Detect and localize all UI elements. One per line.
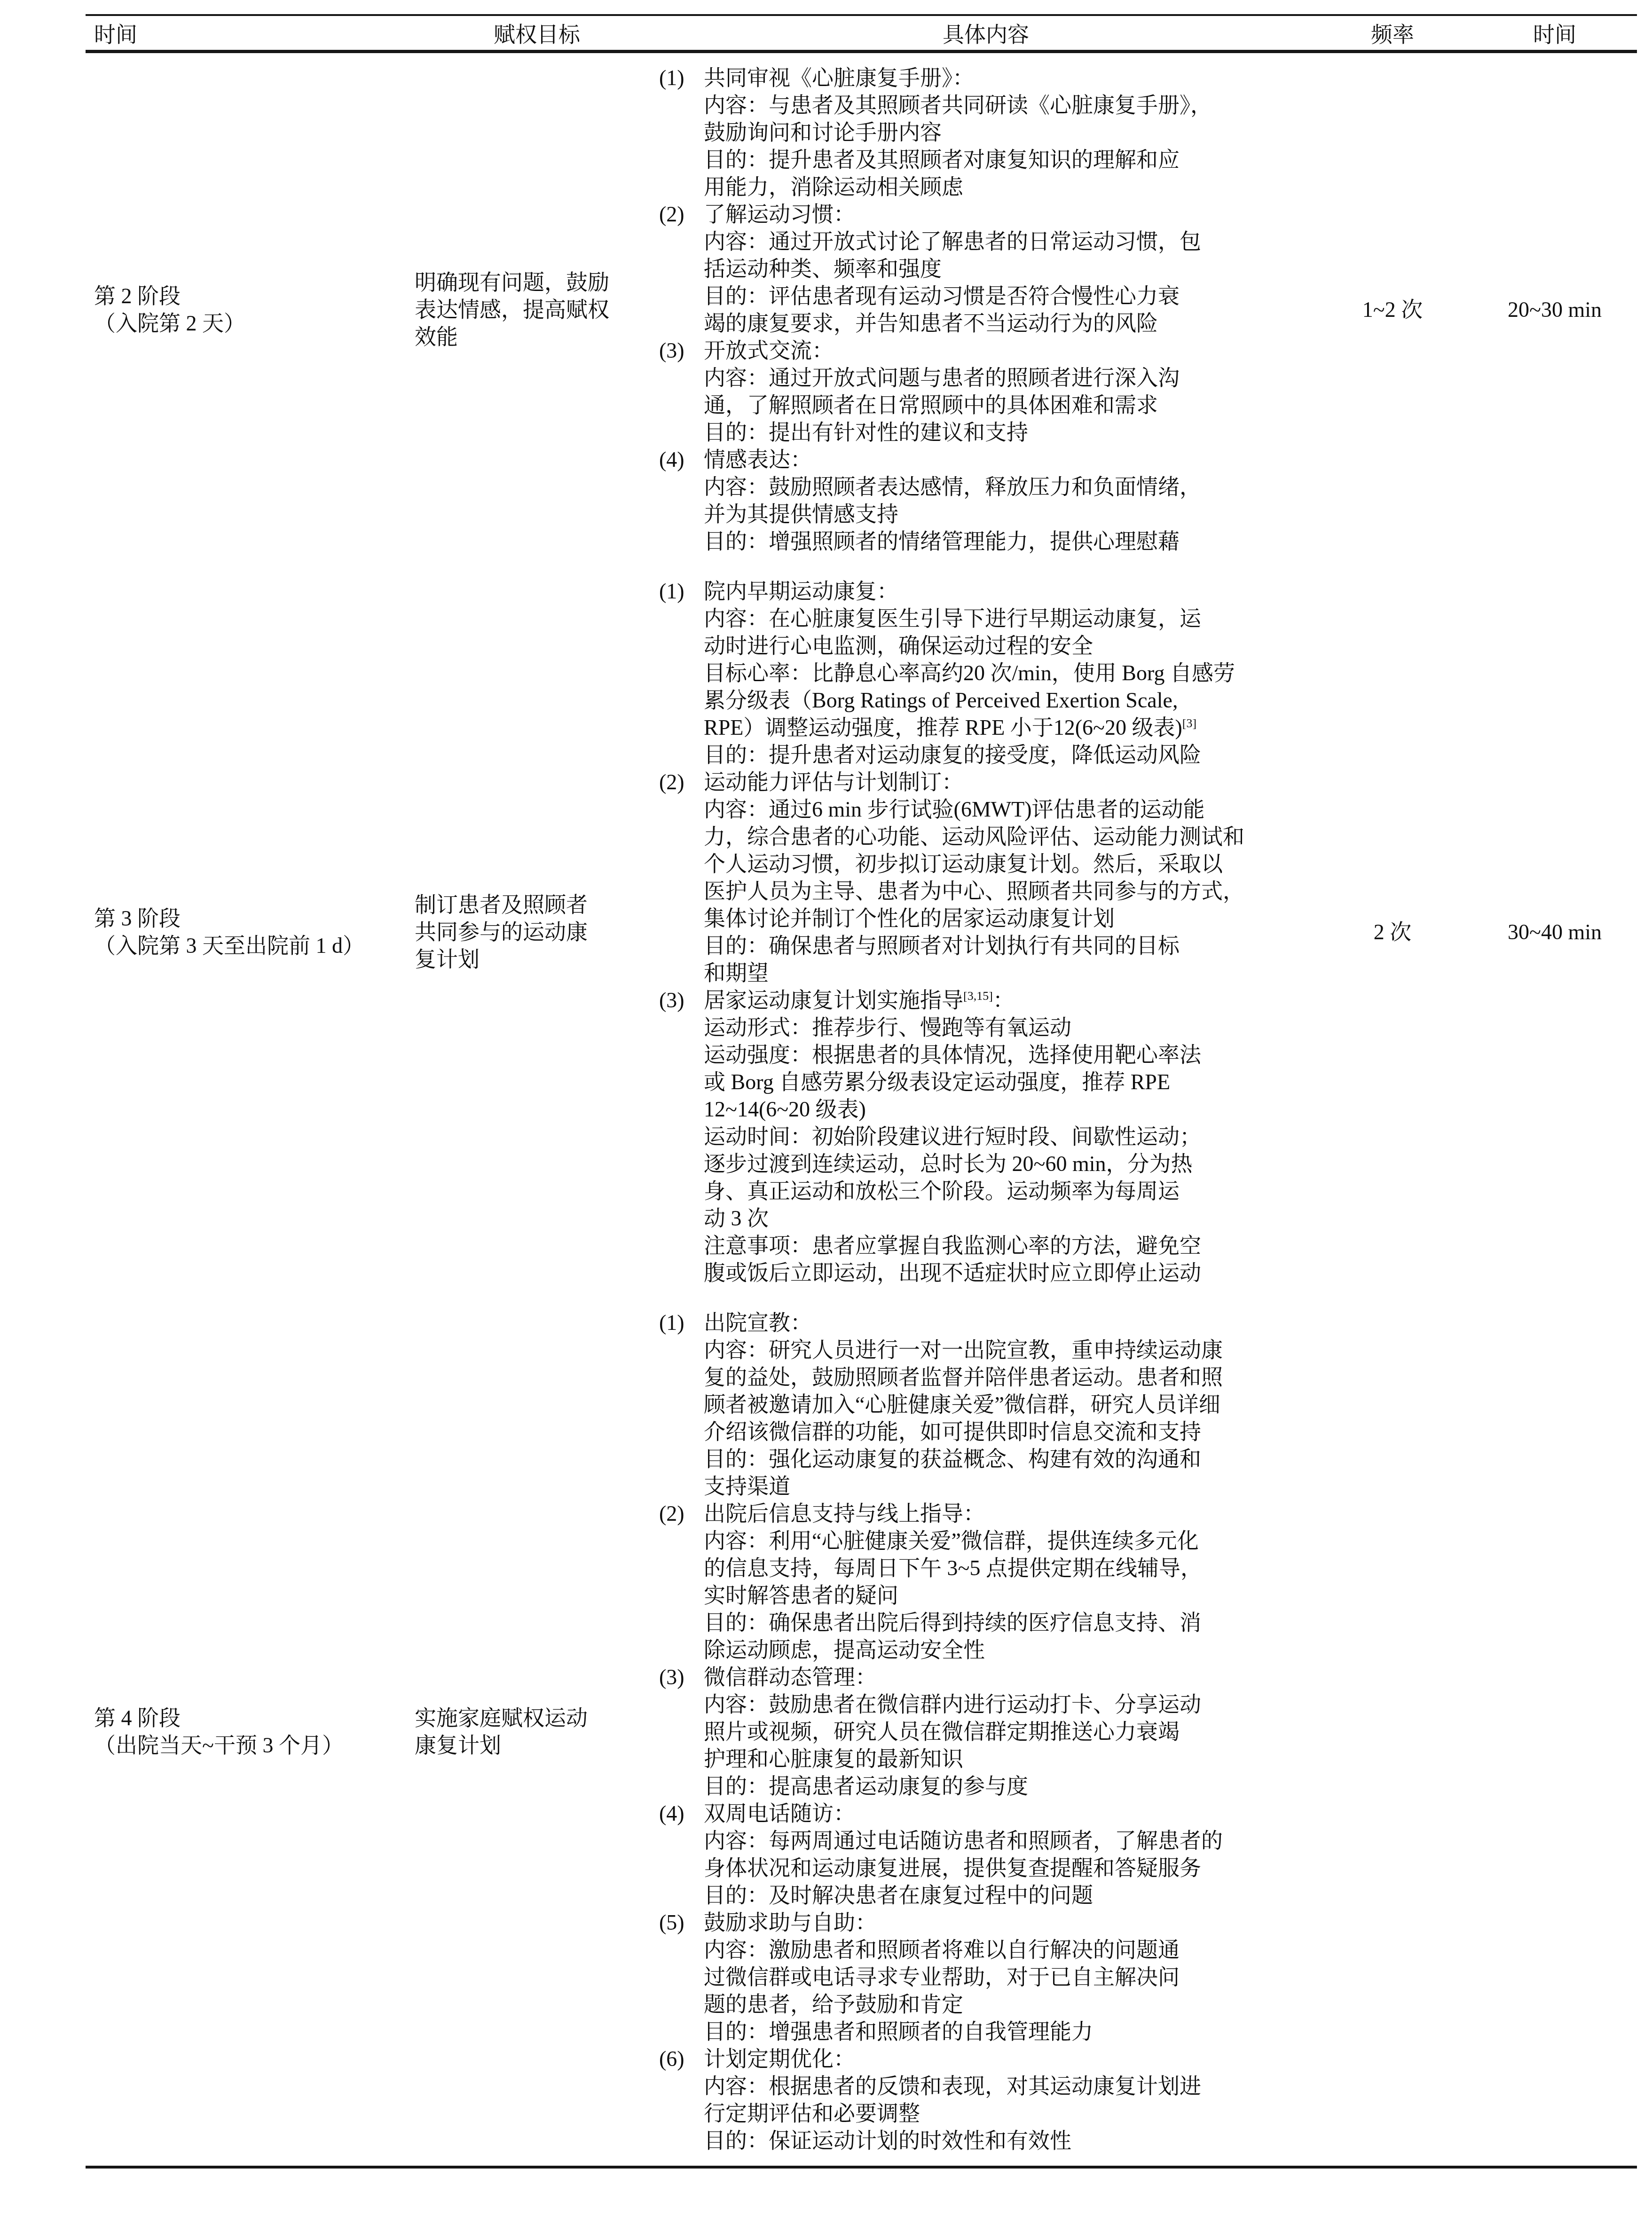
content-detail-line: 支持渠道 [659, 1473, 1313, 1500]
content-item-line: (4)情感表达： [659, 446, 1313, 473]
item-number: (1) [659, 1309, 704, 1336]
content-detail-line: 身、真正运动和放松三个阶段。运动频率为每周运 [659, 1178, 1313, 1205]
goal-line: 表达情感，提高赋权 [415, 296, 659, 323]
content-item-line: (2)出院后信息支持与线上指导： [659, 1500, 1313, 1527]
stage-line: （入院第 2 天） [94, 310, 415, 337]
content-detail-line: 累分级表（Borg Ratings of Perceived Exertion … [659, 687, 1313, 714]
content-detail-line: 竭的康复要求，并告知患者不当运动行为的风险 [659, 310, 1313, 337]
content-detail-line: 内容：通过开放式问题与患者的照顾者进行深入沟 [659, 364, 1313, 392]
stage-cell: 第 4 阶段（出院当天~干预 3 个月） [86, 1309, 415, 2154]
content-cell: (1)出院宣教：内容：研究人员进行一对一出院宣教，重申持续运动康复的益处，鼓励照… [659, 1309, 1313, 2154]
duration-cell [1472, 1309, 1637, 2154]
content-detail-line: 目的：提升患者及其照顾者对康复知识的理解和应 [659, 146, 1313, 173]
goal-line: 共同参与的运动康 [415, 919, 659, 946]
item-number: (3) [659, 337, 704, 364]
content-detail-line: 目的：强化运动康复的获益概念、构建有效的沟通和 [659, 1446, 1313, 1473]
item-number: (3) [659, 987, 704, 1014]
content-item-line: (2)运动能力评估与计划制订： [659, 769, 1313, 796]
item-number: (2) [659, 1500, 704, 1527]
item-number: (5) [659, 1909, 704, 1936]
content-detail-line: 照片或视频，研究人员在微信群定期推送心力衰竭 [659, 1718, 1313, 1745]
content-detail-line: 过微信群或电话寻求专业帮助，对于已自主解决问 [659, 1964, 1313, 1991]
stage-line: 第 3 阶段 [94, 905, 415, 932]
content-item-line: (5)鼓励求助与自助： [659, 1909, 1313, 1936]
content-detail-line: 集体讨论并制订个性化的居家运动康复计划 [659, 905, 1313, 932]
goal-cell: 制订患者及照顾者共同参与的运动康复计划 [415, 578, 659, 1287]
goal-line: 复计划 [415, 946, 659, 973]
content-detail-line: 内容：根据患者的反馈和表现，对其运动康复计划进 [659, 2073, 1313, 2100]
table-header-row: 时间 赋权目标 具体内容 频率 时间 [86, 16, 1637, 50]
content-detail-line: 目的：提出有针对性的建议和支持 [659, 419, 1313, 446]
header-cell-time-stage: 时间 [86, 17, 415, 48]
content-detail-line: 目的：增强照顾者的情绪管理能力，提供心理慰藉 [659, 528, 1313, 555]
stage-cell: 第 3 阶段（入院第 3 天至出院前 1 d） [86, 578, 415, 1287]
content-detail-line: 内容：每两周通过电话随访患者和照顾者，了解患者的 [659, 1827, 1313, 1855]
content-detail-line: 动时进行心电监测，确保运动过程的安全 [659, 632, 1313, 660]
content-item-line: (2)了解运动习惯： [659, 201, 1313, 228]
content-cell: (1)院内早期运动康复：内容：在心脏康复医生引导下进行早期运动康复，运动时进行心… [659, 578, 1313, 1287]
item-number: (4) [659, 446, 704, 473]
content-detail-line: 目的：提升患者对运动康复的接受度，降低运动风险 [659, 741, 1313, 769]
content-detail-line: RPE）调整运动强度，推荐 RPE 小于12(6~20 级表)[3] [659, 714, 1313, 741]
content-detail-line: 身体状况和运动康复进展，提供复查提醒和答疑服务 [659, 1855, 1313, 1882]
goal-line: 效能 [415, 323, 659, 351]
content-detail-line: 目的：提高患者运动康复的参与度 [659, 1773, 1313, 1800]
content-detail-line: 除运动顾虑，提高运动安全性 [659, 1636, 1313, 1664]
content-detail-line: 医护人员为主导、患者为中心、照顾者共同参与的方式， [659, 878, 1313, 905]
content-detail-line: 目的：评估患者现有运动习惯是否符合慢性心力衰 [659, 283, 1313, 310]
content-detail-line: 内容：鼓励照顾者表达感情，释放压力和负面情绪， [659, 473, 1313, 501]
content-detail-line: 个人运动习惯，初步拟订运动康复计划。然后，采取以 [659, 850, 1313, 878]
content-detail-line: 实时解答患者的疑问 [659, 1582, 1313, 1609]
content-detail-line: 内容：通过6 min 步行试验(6MWT)评估患者的运动能 [659, 796, 1313, 823]
content-item-line: (1)院内早期运动康复： [659, 578, 1313, 605]
table-row: 第 2 阶段（入院第 2 天） 明确现有问题，鼓励表达情感，提高赋权效能 (1)… [86, 53, 1637, 566]
content-detail-line: 内容：鼓励患者在微信群内进行运动打卡、分享运动 [659, 1691, 1313, 1718]
header-cell-frequency: 频率 [1313, 17, 1472, 48]
content-detail-line: 内容：与患者及其照顾者共同研读《心脏康复手册》， [659, 92, 1313, 119]
frequency-cell: 2 次 [1313, 578, 1472, 1287]
duration-cell: 30~40 min [1472, 578, 1637, 1287]
goal-line: 实施家庭赋权运动 [415, 1705, 659, 1732]
content-detail-line: 通，了解照顾者在日常照顾中的具体困难和需求 [659, 392, 1313, 419]
content-detail-line: 题的患者，给予鼓励和肯定 [659, 1991, 1313, 2018]
item-number: (1) [659, 578, 704, 605]
content-detail-line: 护理和心脏康复的最新知识 [659, 1745, 1313, 1773]
page: { "colors": {"text": "#0e0e0e", "rule": … [0, 0, 1652, 2216]
content-detail-line: 内容：利用“心脏健康关爱”微信群，提供连续多元化 [659, 1527, 1313, 1555]
frequency-cell [1313, 1309, 1472, 2154]
table-row: 第 4 阶段（出院当天~干预 3 个月） 实施家庭赋权运动康复计划 (1)出院宣… [86, 1298, 1637, 2166]
content-detail-line: 动 3 次 [659, 1205, 1313, 1232]
content-detail-line: 内容：通过开放式讨论了解患者的日常运动习惯，包 [659, 228, 1313, 255]
content-detail-line: 行定期评估和必要调整 [659, 2100, 1313, 2127]
content-detail-line: 鼓励询问和讨论手册内容 [659, 119, 1313, 146]
header-cell-goal: 赋权目标 [415, 17, 659, 48]
table-bottom-rule [86, 2166, 1637, 2169]
item-number: (2) [659, 201, 704, 228]
item-number: (3) [659, 1664, 704, 1691]
content-detail-line: 和期望 [659, 959, 1313, 987]
content-detail-line: 目的：增强患者和照顾者的自我管理能力 [659, 2018, 1313, 2045]
content-detail-line: 括运动种类、频率和强度 [659, 255, 1313, 283]
goal-cell: 实施家庭赋权运动康复计划 [415, 1309, 659, 2154]
goal-line: 明确现有问题，鼓励 [415, 269, 659, 296]
header-cell-duration: 时间 [1472, 17, 1637, 48]
stage-line: （出院当天~干预 3 个月） [94, 1732, 415, 1759]
content-detail-line: 运动强度：根据患者的具体情况，选择使用靶心率法 [659, 1041, 1313, 1069]
header-cell-content: 具体内容 [659, 17, 1313, 48]
content-detail-line: 目标心率：比静息心率高约20 次/min，使用 Borg 自感劳 [659, 660, 1313, 687]
goal-cell: 明确现有问题，鼓励表达情感，提高赋权效能 [415, 64, 659, 555]
content-detail-line: 目的：保证运动计划的时效性和有效性 [659, 2127, 1313, 2154]
content-item-line: (1)共同审视《心脏康复手册》： [659, 64, 1313, 92]
item-number: (4) [659, 1800, 704, 1827]
content-detail-line: 复的益处，鼓励照顾者监督并陪伴患者运动。患者和照 [659, 1364, 1313, 1391]
stage-cell: 第 2 阶段（入院第 2 天） [86, 64, 415, 555]
item-number: (1) [659, 64, 704, 92]
content-detail-line: 内容：激励患者和照顾者将难以自行解决的问题通 [659, 1936, 1313, 1964]
content-detail-line: 腹或饭后立即运动，出现不适症状时应立即停止运动 [659, 1259, 1313, 1287]
reference-superscript: [3,15] [963, 989, 993, 1003]
content-detail-line: 介绍该微信群的功能，如可提供即时信息交流和支持 [659, 1418, 1313, 1446]
goal-line: 制订患者及照顾者 [415, 891, 659, 919]
reference-superscript: [3] [1182, 716, 1196, 730]
content-detail-line: 或 Borg 自感劳累分级表设定运动强度，推荐 RPE [659, 1069, 1313, 1096]
duration-cell: 20~30 min [1472, 64, 1637, 555]
content-item-line: (1)出院宣教： [659, 1309, 1313, 1336]
stage-table: 时间 赋权目标 具体内容 频率 时间 第 2 阶段（入院第 2 天） 明确现有问… [86, 14, 1637, 2169]
content-item-line: (3)开放式交流： [659, 337, 1313, 364]
table-row: 第 3 阶段（入院第 3 天至出院前 1 d） 制订患者及照顾者共同参与的运动康… [86, 566, 1637, 1298]
content-item-line: (6)计划定期优化： [659, 2045, 1313, 2073]
content-detail-line: 内容：在心脏康复医生引导下进行早期运动康复，运 [659, 605, 1313, 632]
content-detail-line: 逐步过渡到连续运动，总时长为 20~60 min，分为热 [659, 1150, 1313, 1178]
stage-line: （入院第 3 天至出院前 1 d） [94, 932, 415, 959]
content-detail-line: 目的：确保患者出院后得到持续的医疗信息支持、消 [659, 1609, 1313, 1636]
content-detail-line: 的信息支持，每周日下午 3~5 点提供定期在线辅导， [659, 1555, 1313, 1582]
content-cell: (1)共同审视《心脏康复手册》：内容：与患者及其照顾者共同研读《心脏康复手册》，… [659, 64, 1313, 555]
content-detail-line: 并为其提供情感支持 [659, 501, 1313, 528]
table-body: 第 2 阶段（入院第 2 天） 明确现有问题，鼓励表达情感，提高赋权效能 (1)… [86, 53, 1637, 2166]
item-number: (6) [659, 2045, 704, 2073]
stage-line: 第 2 阶段 [94, 283, 415, 310]
content-detail-line: 用能力，消除运动相关顾虑 [659, 173, 1313, 201]
content-detail-line: 力，综合患者的心功能、运动风险评估、运动能力测试和 [659, 823, 1313, 850]
frequency-cell: 1~2 次 [1313, 64, 1472, 555]
content-detail-line: 目的：确保患者与照顾者对计划执行有共同的目标 [659, 932, 1313, 959]
goal-line: 康复计划 [415, 1732, 659, 1759]
content-detail-line: 顾者被邀请加入“心脏健康关爱”微信群，研究人员详细 [659, 1391, 1313, 1418]
table-header-rule [86, 50, 1637, 53]
content-detail-line: 目的：及时解决患者在康复过程中的问题 [659, 1882, 1313, 1909]
stage-line: 第 4 阶段 [94, 1705, 415, 1732]
content-item-line: (4)双周电话随访： [659, 1800, 1313, 1827]
content-item-line: (3)微信群动态管理： [659, 1664, 1313, 1691]
content-detail-line: 运动时间：初始阶段建议进行短时段、间歇性运动； [659, 1123, 1313, 1150]
content-detail-line: 注意事项：患者应掌握自我监测心率的方法，避免空 [659, 1232, 1313, 1259]
content-detail-line: 运动形式：推荐步行、慢跑等有氧运动 [659, 1014, 1313, 1041]
content-detail-line: 内容：研究人员进行一对一出院宣教，重申持续运动康 [659, 1336, 1313, 1364]
item-number: (2) [659, 769, 704, 796]
content-detail-line: 12~14(6~20 级表) [659, 1096, 1313, 1123]
content-item-line: (3)居家运动康复计划实施指导[3,15]： [659, 987, 1313, 1014]
